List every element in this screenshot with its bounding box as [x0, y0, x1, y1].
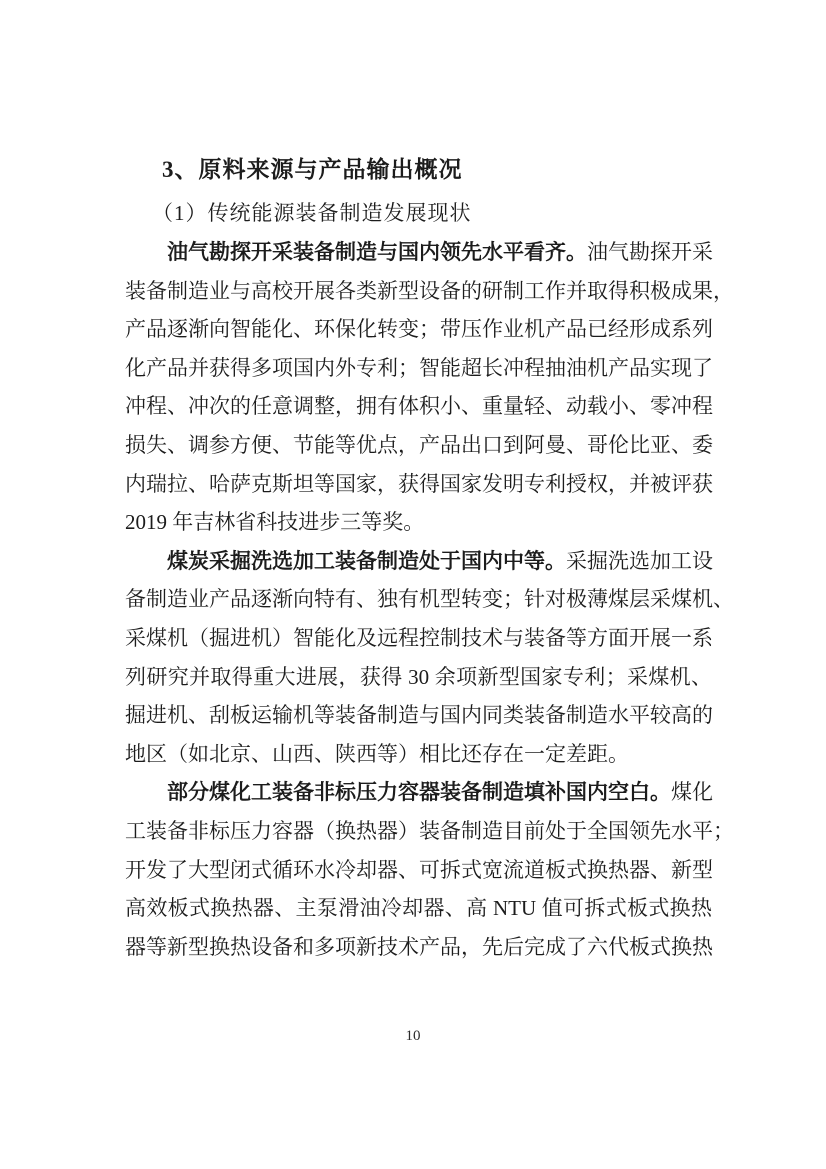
subsection-heading: （1）传统能源装备制造发展现状: [152, 194, 712, 233]
lead-sentence: 煤炭采掘洗选加工装备制造处于国内中等。: [167, 549, 566, 573]
text-line: 开发了大型闭式循环水冷却器、可拆式宽流道板式换热器、新型: [125, 851, 712, 890]
text-line: 备制造业产品逐渐向特有、独有机型转变；针对极薄煤层采煤机、: [125, 580, 712, 619]
text-line: 内瑞拉、哈萨克斯坦等国家，获得国家发明专利授权，并被评获: [125, 465, 712, 504]
text-line: 器等新型换热设备和多项新技术产品，先后完成了六代板式换热: [125, 928, 712, 967]
paragraph-coal-chemical: 部分煤化工装备非标压力容器装备制造填补国内空白。煤化 工装备非标压力容器（换热器…: [125, 773, 712, 966]
paragraph-coal-mining: 煤炭采掘洗选加工装备制造处于国内中等。采掘洗选加工设 备制造业产品逐渐向特有、独…: [125, 542, 712, 774]
text-line: 冲程、冲次的任意调整，拥有体积小、重量轻、动载小、零冲程: [125, 387, 712, 426]
lead-rest: 采掘洗选加工设: [566, 549, 713, 573]
text-line: 地区（如北京、山西、陕西等）相比还存在一定差距。: [125, 735, 712, 774]
text-line: 损失、调参方便、节能等优点，产品出口到阿曼、哥伦比亚、委: [125, 426, 712, 465]
page-number: 10: [0, 1026, 826, 1046]
document-page: 3、原料来源与产品输出概况 （1）传统能源装备制造发展现状 油气勘探开采装备制造…: [0, 0, 826, 1169]
text-line: 油气勘探开采装备制造与国内领先水平看齐。油气勘探开采: [125, 233, 712, 272]
paragraph-oil-gas: 油气勘探开采装备制造与国内领先水平看齐。油气勘探开采 装备制造业与高校开展各类新…: [125, 233, 712, 542]
lead-rest: 煤化: [671, 780, 713, 804]
lead-rest: 油气勘探开采: [587, 240, 713, 264]
section-heading: 3、原料来源与产品输出概况: [162, 146, 712, 194]
text-line: 煤炭采掘洗选加工装备制造处于国内中等。采掘洗选加工设: [125, 542, 712, 581]
lead-sentence: 部分煤化工装备非标压力容器装备制造填补国内空白。: [167, 780, 671, 804]
text-line: 2019 年吉林省科技进步三等奖。: [125, 503, 712, 542]
text-line: 掘进机、刮板运输机等装备制造与国内同类装备制造水平较高的: [125, 696, 712, 735]
text-line: 产品逐渐向智能化、环保化转变；带压作业机产品已经形成系列: [125, 310, 712, 349]
text-line: 高效板式换热器、主泵滑油冷却器、高 NTU 值可拆式板式换热: [125, 889, 712, 928]
text-line: 部分煤化工装备非标压力容器装备制造填补国内空白。煤化: [125, 773, 712, 812]
lead-sentence: 油气勘探开采装备制造与国内领先水平看齐。: [167, 240, 587, 264]
text-line: 化产品并获得多项国内外专利；智能超长冲程抽油机产品实现了: [125, 349, 712, 388]
text-line: 列研究并取得重大进展，获得 30 余项新型国家专利；采煤机、: [125, 658, 712, 697]
text-line: 装备制造业与高校开展各类新型设备的研制工作并取得积极成果，: [125, 272, 712, 311]
text-line: 采煤机（掘进机）智能化及远程控制技术与装备等方面开展一系: [125, 619, 712, 658]
text-line: 工装备非标压力容器（换热器）装备制造目前处于全国领先水平；: [125, 812, 712, 851]
